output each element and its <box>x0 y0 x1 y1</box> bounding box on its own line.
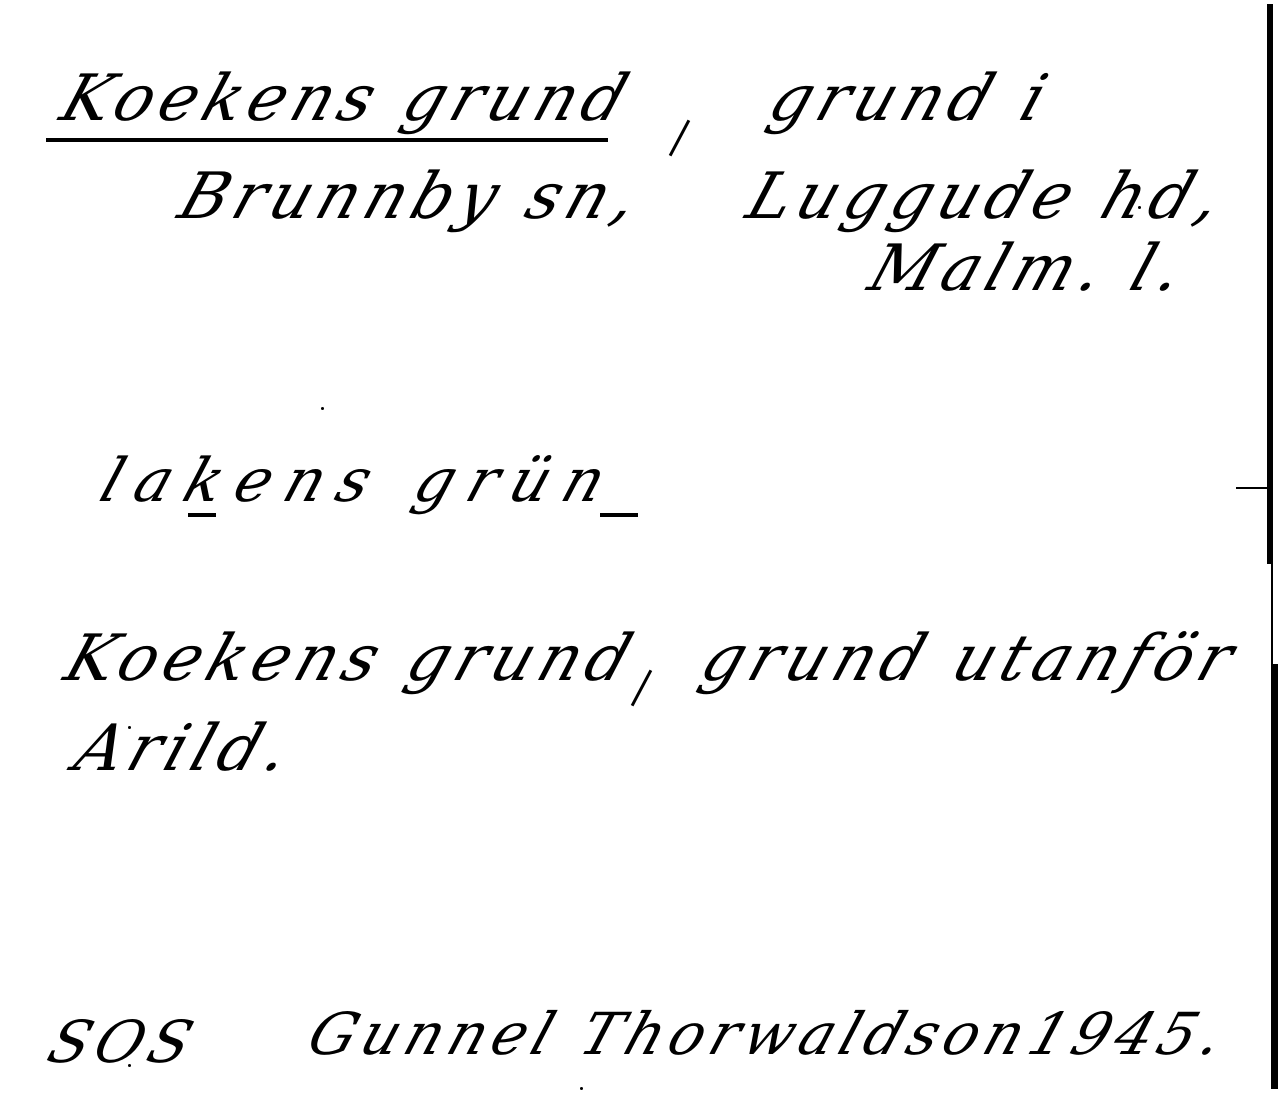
entry1-county: Malm. l. <box>860 232 1198 306</box>
scan-speck <box>1138 206 1141 209</box>
phonetic-transcription: lakens grün <box>92 446 628 516</box>
card-edge-tick <box>1236 487 1270 489</box>
comma-mark <box>669 120 690 157</box>
phonetic-underline-k <box>188 513 216 517</box>
card-edge-border <box>1267 4 1277 1089</box>
phonetic-underline-n <box>600 513 638 517</box>
comma-mark <box>631 670 652 707</box>
headword: Koekens grund <box>52 62 643 136</box>
signature-prefix: SOS <box>40 1008 207 1076</box>
entry2-place: Arild. <box>66 712 305 786</box>
entry2-description: grund utanför <box>692 622 1248 696</box>
entry1-line1-rest: grund i <box>760 62 1062 136</box>
entry2-headword: Koekens grund <box>56 622 647 696</box>
headword-underline <box>46 138 608 142</box>
scan-speck <box>128 1064 131 1067</box>
entry1-parish: Brunnby sn, <box>170 160 653 234</box>
collection-year: 1945. <box>1020 1000 1238 1068</box>
scanned-index-card: Koekens grund grund i Brunnby sn, Luggud… <box>0 0 1287 1095</box>
collector-name: Gunnel Thorwaldson <box>300 1000 1040 1068</box>
scan-speck <box>321 407 324 410</box>
scan-speck <box>128 726 131 729</box>
entry1-district: Luggude hd, <box>738 160 1237 234</box>
scan-speck <box>580 1087 583 1090</box>
